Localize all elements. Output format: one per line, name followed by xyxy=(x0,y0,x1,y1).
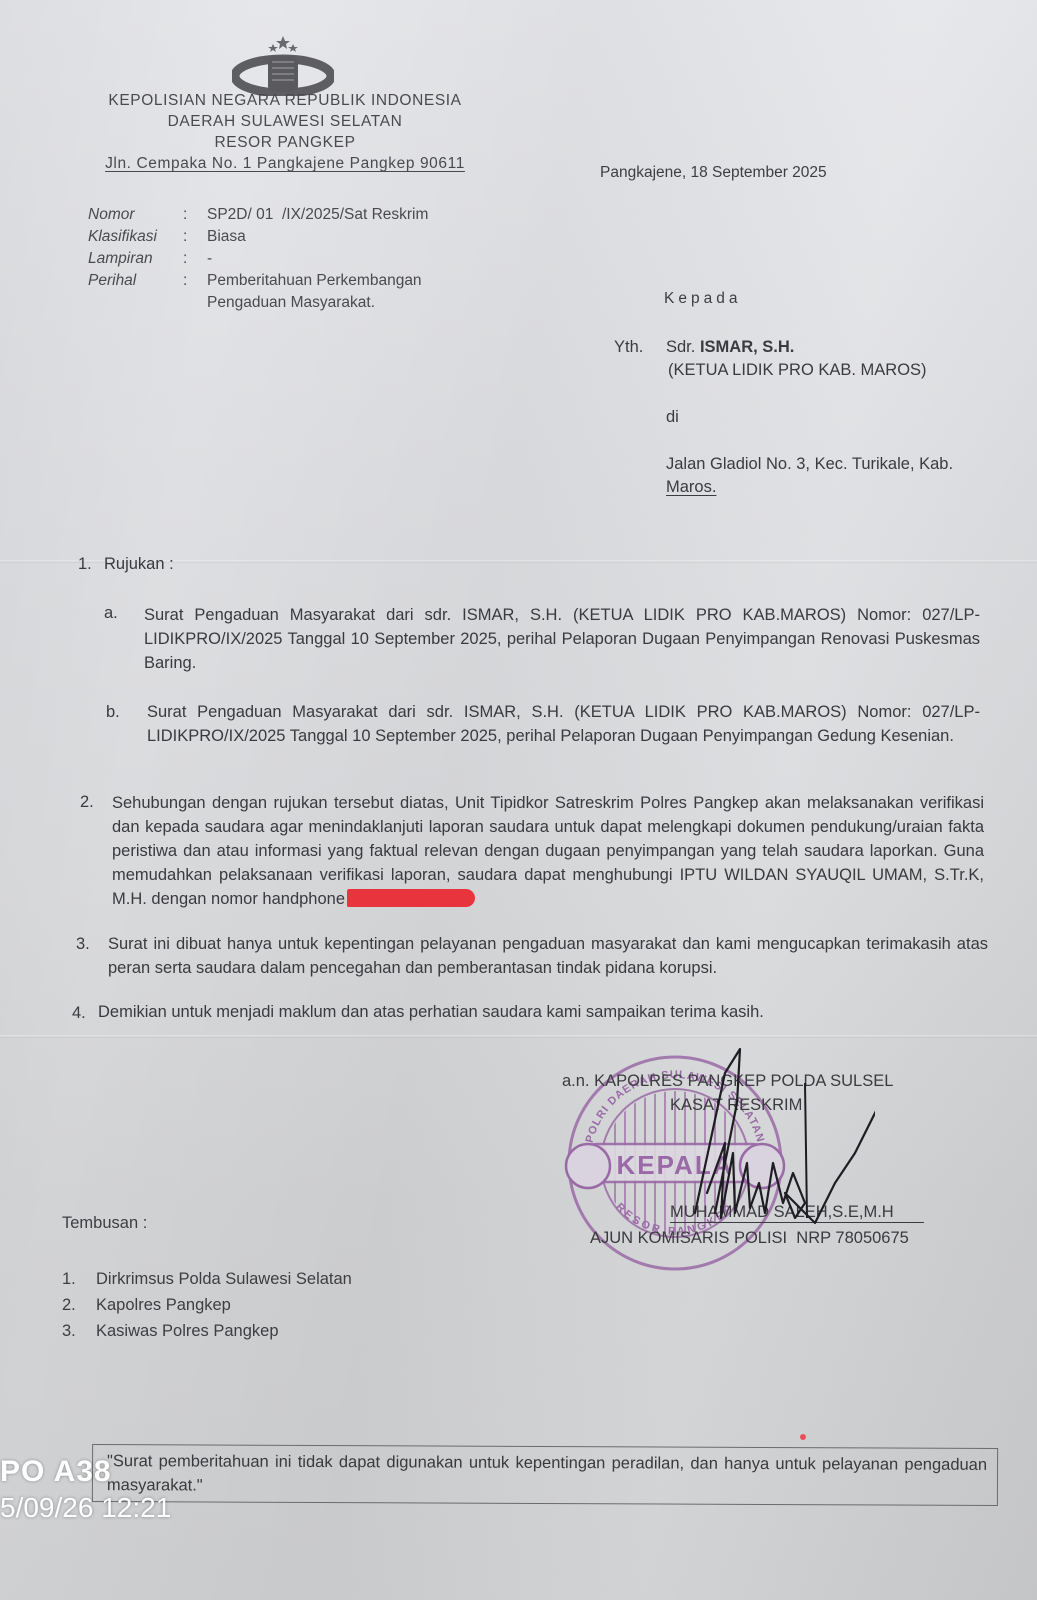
paragraph-3: Surat ini dibuat hanya untuk kepentingan… xyxy=(108,932,988,980)
red-mark xyxy=(800,1434,806,1440)
paragraph-number: 2. xyxy=(80,793,94,812)
meta-label: Klasifikasi xyxy=(88,226,183,248)
recipient-name: ISMAR, S.H. xyxy=(700,338,794,356)
polri-emblem-icon xyxy=(232,34,334,96)
tembusan-title: Tembusan : xyxy=(62,1210,352,1236)
letterhead-line-3: RESOR PANGKEP xyxy=(90,132,480,153)
camera-model: PO A38 xyxy=(0,1454,171,1490)
recipient-title: (KETUA LIDIK PRO KAB. MAROS) xyxy=(668,359,953,382)
rujukan-a: Surat Pengaduan Masyarakat dari sdr. ISM… xyxy=(144,603,980,675)
letter-meta: Nomor : SP2D/ 01 /IX/2025/Sat Reskrim Kl… xyxy=(88,204,428,314)
rujukan-b: Surat Pengaduan Masyarakat dari sdr. ISM… xyxy=(147,700,980,748)
meta-row-nomor: Nomor : SP2D/ 01 /IX/2025/Sat Reskrim xyxy=(88,204,428,226)
redaction-mark xyxy=(347,889,475,907)
handwritten-signature xyxy=(655,1043,875,1243)
paragraph-number: 3. xyxy=(76,935,90,954)
meta-colon: : xyxy=(183,226,207,248)
meta-value: Biasa xyxy=(207,226,246,248)
meta-value: Pemberitahuan Perkembangan Pengaduan Mas… xyxy=(207,270,422,314)
disclaimer-box: "Surat pemberitahuan ini tidak dapat dig… xyxy=(92,1444,998,1506)
meta-row-lampiran: Lampiran : - xyxy=(88,248,428,270)
letter-date: Pangkajene, 18 September 2025 xyxy=(600,164,827,182)
list-item: 2.Kapolres Pangkep xyxy=(62,1292,352,1318)
meta-value-line-2: Pengaduan Masyarakat. xyxy=(207,294,375,311)
kepada-label: Kepada xyxy=(664,290,741,308)
camera-watermark: PO A38 5/09/26 12:21 xyxy=(0,1454,171,1526)
signature-block: KEPALA POLRI DAERAH SULAWESI SELATAN RES… xyxy=(560,1048,940,1278)
paragraph-2: Sehubungan dengan rujukan tersebut diata… xyxy=(112,791,984,911)
list-item: 3.Kasiwas Polres Pangkep xyxy=(62,1318,352,1344)
meta-label: Lampiran xyxy=(88,248,183,270)
paragraph-2-text: Sehubungan dengan rujukan tersebut diata… xyxy=(112,794,984,908)
letterhead-line-1: KEPOLISIAN NEGARA REPUBLIK INDONESIA xyxy=(90,90,480,111)
subitem-label: a. xyxy=(104,604,118,623)
paragraph-number: 4. xyxy=(72,1004,86,1023)
meta-value: - xyxy=(207,248,212,270)
meta-label: Nomor xyxy=(88,204,183,226)
recipient-address-line-2: Maros. xyxy=(666,476,953,499)
letterhead-address: Jln. Cempaka No. 1 Pangkajene Pangkep 90… xyxy=(90,153,480,174)
recipient-address-line-1: Jalan Gladiol No. 3, Kec. Turikale, Kab. xyxy=(666,453,953,476)
rujukan-title: Rujukan : xyxy=(104,555,174,574)
paragraph-4: Demikian untuk menjadi maklum dan atas p… xyxy=(98,1000,858,1024)
letterhead: KEPOLISIAN NEGARA REPUBLIK INDONESIA DAE… xyxy=(90,90,480,174)
meta-value-line-1: Pemberitahuan Perkembangan xyxy=(207,272,422,289)
paragraph-number: 1. xyxy=(78,555,92,574)
tembusan-section: Tembusan : 1.Dirkrimsus Polda Sulawesi S… xyxy=(62,1210,352,1344)
letterhead-line-2: DAERAH SULAWESI SELATAN xyxy=(90,111,480,132)
camera-timestamp: 5/09/26 12:21 xyxy=(0,1490,171,1526)
subitem-label: b. xyxy=(106,703,120,722)
meta-colon: : xyxy=(183,270,207,314)
recipient-salutation: Sdr. xyxy=(666,338,695,356)
meta-colon: : xyxy=(183,248,207,270)
list-item: 1.Dirkrimsus Polda Sulawesi Selatan xyxy=(62,1266,352,1292)
meta-row-perihal: Perihal : Pemberitahuan Perkembangan Pen… xyxy=(88,270,428,314)
tembusan-list: 1.Dirkrimsus Polda Sulawesi Selatan 2.Ka… xyxy=(62,1266,352,1344)
paper-fold xyxy=(0,1035,1037,1038)
yth-label: Yth. xyxy=(614,336,643,359)
meta-colon: : xyxy=(183,204,207,226)
recipient-di: di xyxy=(666,406,953,429)
meta-label: Perihal xyxy=(88,270,183,314)
meta-row-klasifikasi: Klasifikasi : Biasa xyxy=(88,226,428,248)
meta-value: SP2D/ 01 /IX/2025/Sat Reskrim xyxy=(207,204,428,226)
